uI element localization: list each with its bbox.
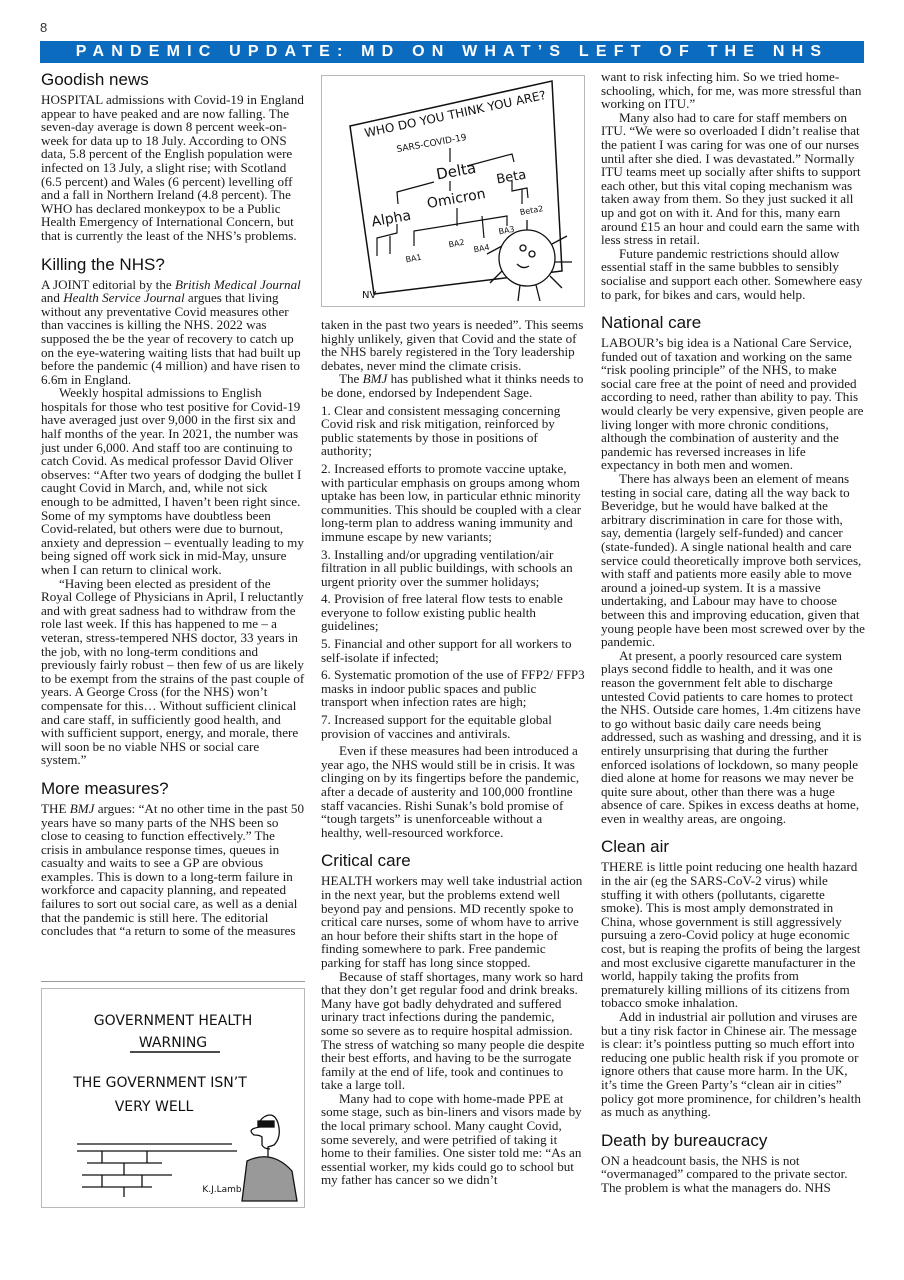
paragraph: THERE is little point reducing one healt… bbox=[601, 860, 865, 1010]
man-figure-icon bbox=[242, 1115, 297, 1201]
text-run: argues that living without any preventat… bbox=[41, 290, 301, 387]
cartoon-caption: WARNING bbox=[139, 1035, 207, 1051]
section-killing-the-nhs: Killing the NHS? A JOINT editorial by th… bbox=[41, 255, 305, 767]
section-goodish-news: Goodish news HOSPITAL admissions with Co… bbox=[41, 70, 305, 243]
cartoon-variant-family-tree: WHO DO YOU THINK YOU ARE? SARS-COVID-19 … bbox=[321, 75, 585, 307]
paragraph: Future pandemic restrictions should allo… bbox=[601, 247, 865, 301]
section-clean-air: Clean air THERE is little point reducing… bbox=[601, 837, 865, 1118]
paragraph: taken in the past two years is needed”. … bbox=[321, 318, 585, 372]
page-number: 8 bbox=[40, 20, 47, 35]
cartoon-caption: THE GOVERNMENT ISN’T bbox=[72, 1075, 247, 1091]
paragraph: Many also had to care for staff members … bbox=[601, 111, 865, 247]
section-heading: More measures? bbox=[41, 779, 305, 799]
paragraph: HEALTH workers may well take industrial … bbox=[321, 874, 585, 969]
column-1: Goodish news HOSPITAL admissions with Co… bbox=[41, 70, 305, 950]
list-item: 5. Financial and other support for all w… bbox=[321, 637, 585, 664]
list-item: 6. Systematic promotion of the use of FF… bbox=[321, 668, 585, 709]
paragraph: The BMJ has published what it thinks nee… bbox=[321, 372, 585, 399]
section-heading: Critical care bbox=[321, 851, 585, 871]
section-critical-care: Critical care HEALTH workers may well ta… bbox=[321, 851, 585, 1187]
column-3: want to risk infecting him. So we tried … bbox=[601, 70, 865, 1207]
cartoon-illustration: GOVERNMENT HEALTH WARNING THE GOVERNMENT… bbox=[42, 989, 304, 1207]
paragraph: want to risk infecting him. So we tried … bbox=[601, 70, 865, 111]
paragraph: HOSPITAL admissions with Covid-19 in Eng… bbox=[41, 93, 305, 243]
paragraph: “Having been elected as president of the… bbox=[41, 577, 305, 767]
paragraph: Many had to cope with home-made PPE at s… bbox=[321, 1092, 585, 1187]
section-more-measures: More measures? THE BMJ argues: “At no ot… bbox=[41, 779, 305, 938]
list-item: 1. Clear and consistent messaging concer… bbox=[321, 404, 585, 458]
cartoon-government-health-warning: GOVERNMENT HEALTH WARNING THE GOVERNMENT… bbox=[41, 988, 305, 1208]
text-run: argues: “At no other time in the past 50… bbox=[41, 801, 304, 938]
section-heading: Death by bureaucracy bbox=[601, 1131, 865, 1151]
section-heading: Goodish news bbox=[41, 70, 305, 90]
divider bbox=[41, 981, 305, 982]
cartoonist-signature: NV bbox=[362, 290, 376, 301]
cartoon-illustration: WHO DO YOU THINK YOU ARE? SARS-COVID-19 … bbox=[322, 76, 584, 306]
paragraph: Weekly hospital admissions to English ho… bbox=[41, 386, 305, 576]
paragraph: ON a headcount basis, the NHS is not “ov… bbox=[601, 1154, 865, 1195]
list-item: 3. Installing and/or upgrading ventilati… bbox=[321, 548, 585, 589]
section-banner: PANDEMIC UPDATE: MD ON WHAT’S LEFT OF TH… bbox=[40, 41, 864, 63]
cartoonist-signature: K.J.Lamb bbox=[202, 1185, 242, 1195]
paragraph: There has always been an element of mean… bbox=[601, 472, 865, 649]
section-heading: Killing the NHS? bbox=[41, 255, 305, 275]
list-item: 2. Increased efforts to promote vaccine … bbox=[321, 462, 585, 544]
paragraph: LABOUR’s big idea is a National Care Ser… bbox=[601, 336, 865, 472]
section-death-by-bureaucracy: Death by bureaucracy ON a headcount basi… bbox=[601, 1131, 865, 1195]
paragraph: At present, a poorly resourced care syst… bbox=[601, 649, 865, 826]
section-heading: Clean air bbox=[601, 837, 865, 857]
column-2: taken in the past two years is needed”. … bbox=[321, 318, 585, 1199]
paragraph: THE BMJ argues: “At no other time in the… bbox=[41, 802, 305, 938]
list-item: 4. Provision of free lateral flow tests … bbox=[321, 592, 585, 633]
section-national-care: National care LABOUR’s big idea is a Nat… bbox=[601, 313, 865, 825]
section-critical-care-continued: want to risk infecting him. So we tried … bbox=[601, 70, 865, 301]
list-item: 7. Increased support for the equitable g… bbox=[321, 713, 585, 740]
paragraph: Even if these measures had been introduc… bbox=[321, 744, 585, 839]
cartoon-caption: VERY WELL bbox=[115, 1099, 194, 1115]
paragraph: Because of staff shortages, many work so… bbox=[321, 970, 585, 1092]
cartoon-caption: GOVERNMENT HEALTH bbox=[94, 1013, 253, 1029]
section-heading: National care bbox=[601, 313, 865, 333]
paragraph: Add in industrial air pollution and viru… bbox=[601, 1010, 865, 1119]
paragraph: A JOINT editorial by the British Medical… bbox=[41, 278, 305, 387]
